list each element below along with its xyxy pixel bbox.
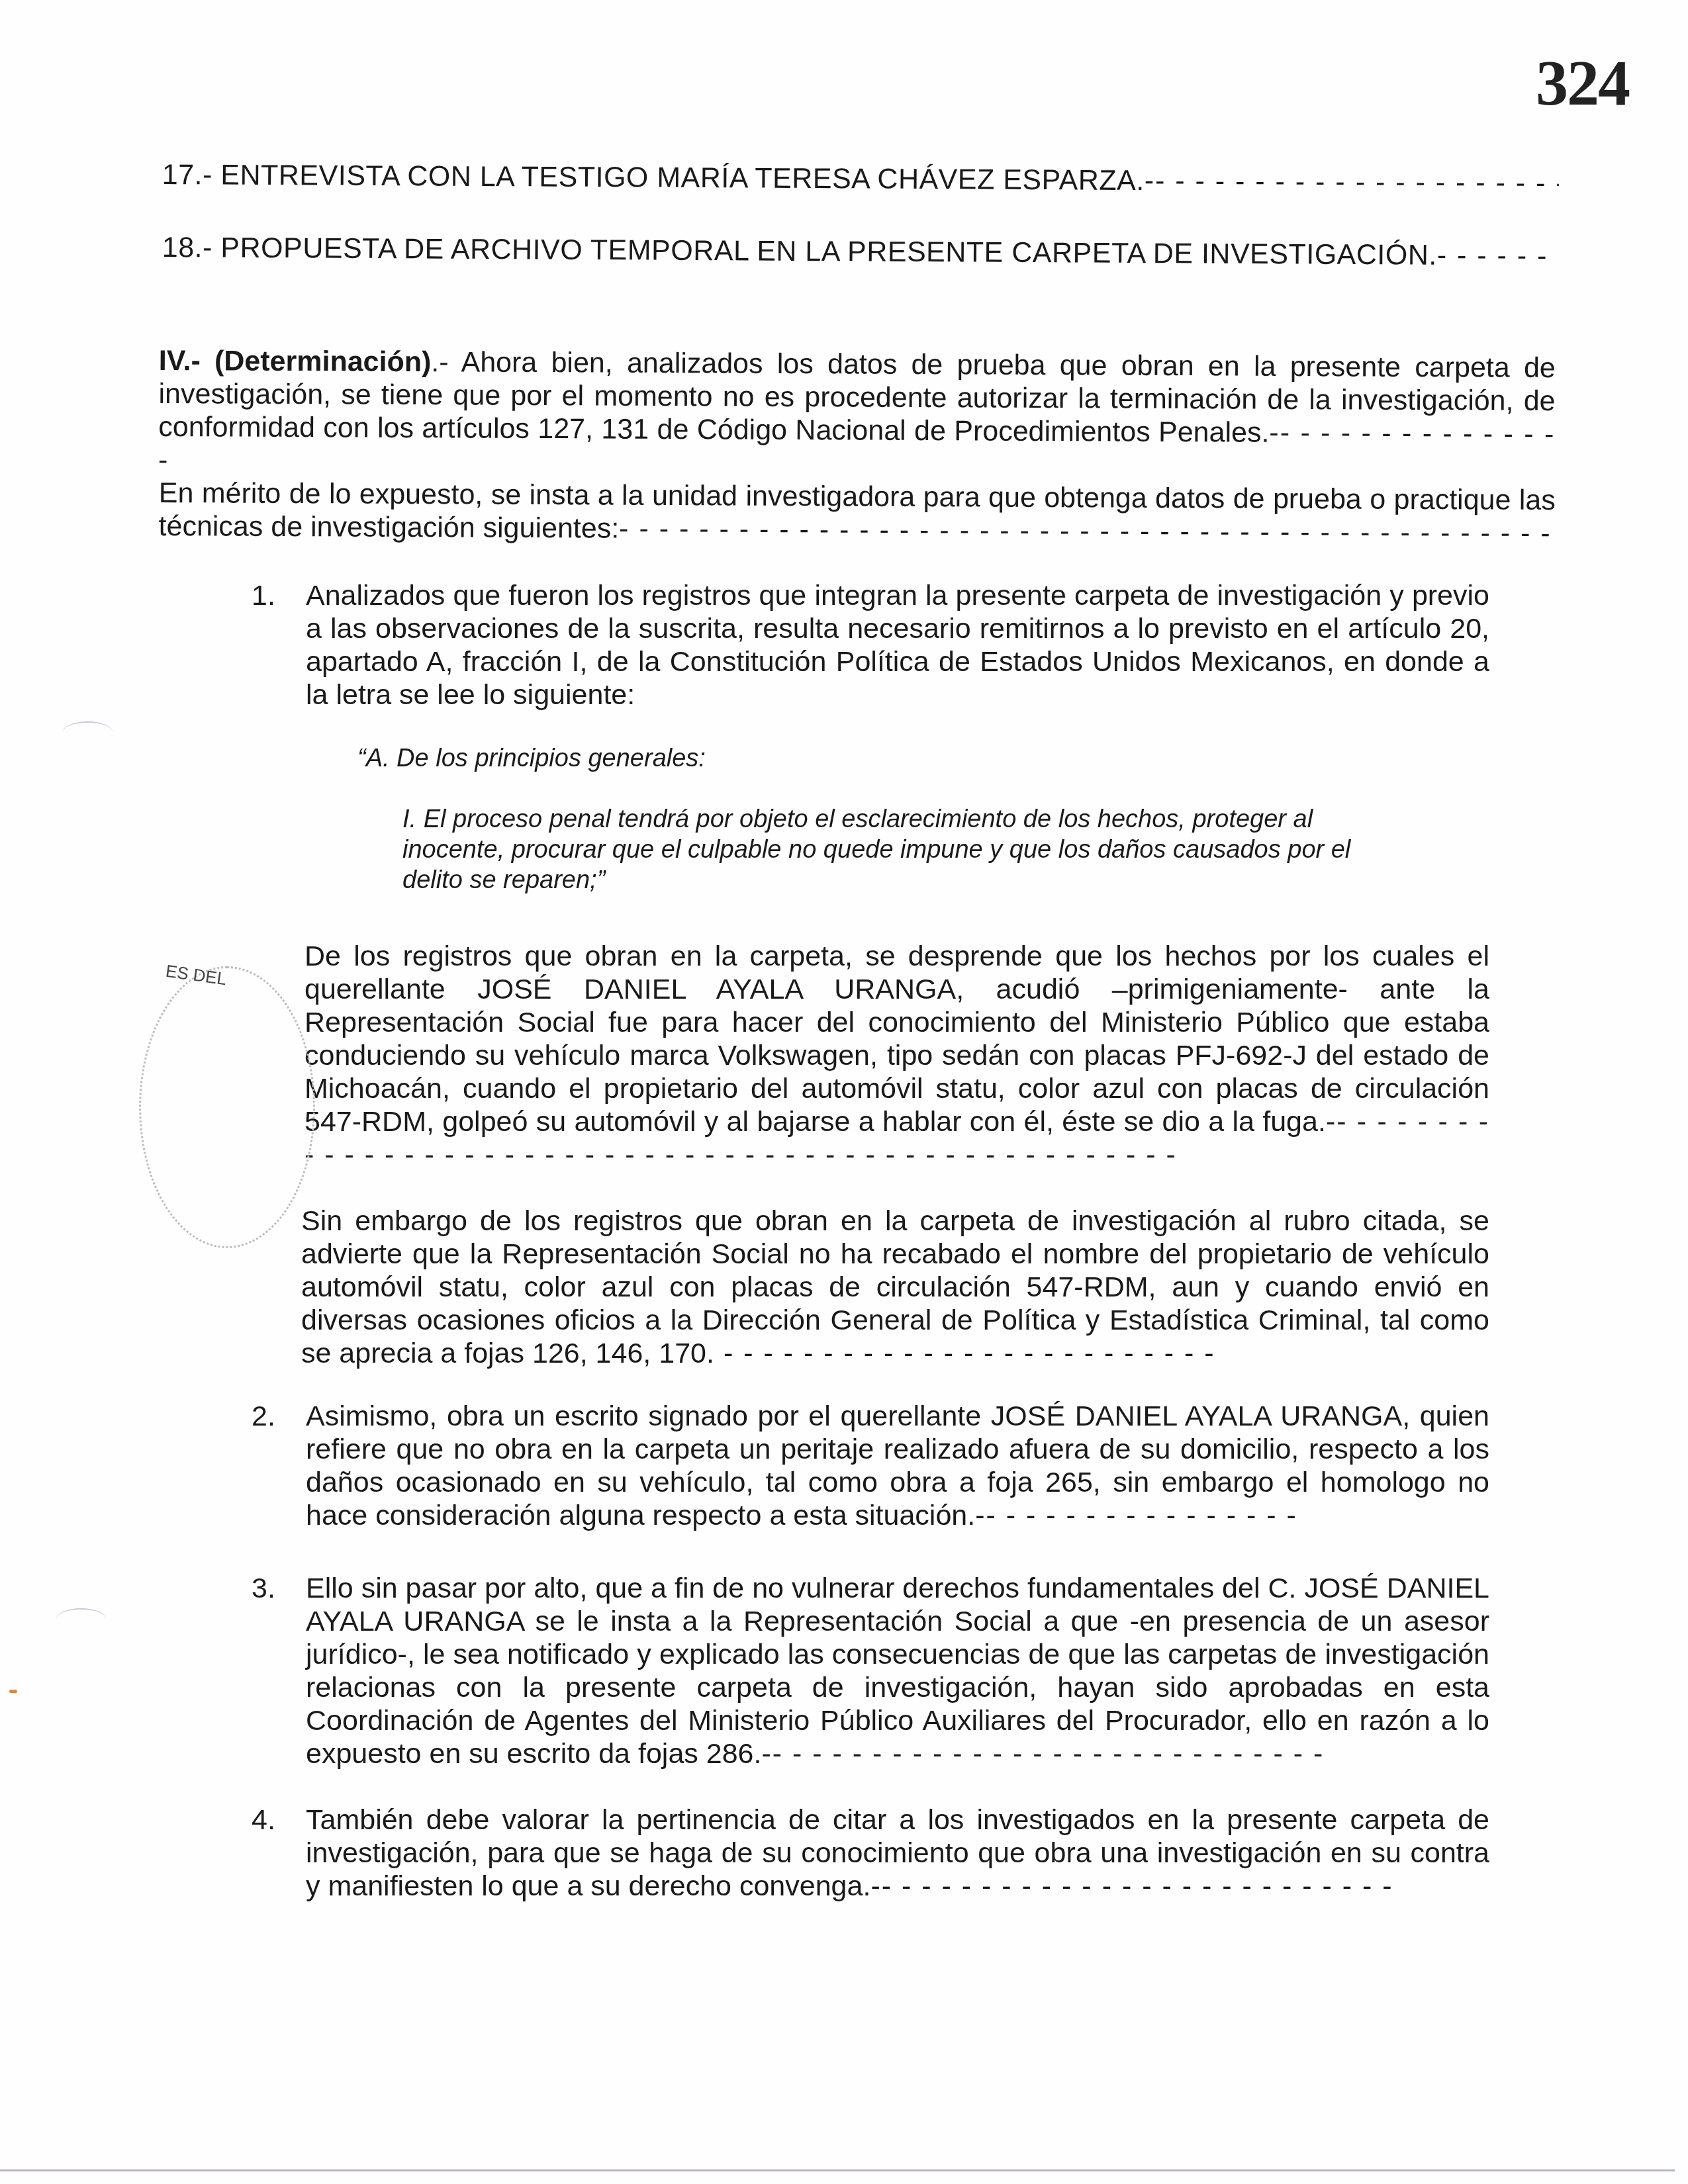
determination-paragraph: IV.- (Determinación).- Ahora bien, anali… — [158, 344, 1556, 484]
dash-filler: -- - - - - - - - - - - - - - - - - - - -… — [1145, 165, 1559, 199]
dash-filler: - - - - - - - - - - - - - - - - - - - - … — [619, 513, 1552, 549]
list-item-4: 4. También debe valorar la pertinencia d… — [252, 1803, 1489, 1909]
dash-filler: - - - - - - — [1437, 240, 1548, 272]
dash-filler: -- - - - - - - - - - - - - - - - - - - -… — [870, 1870, 1393, 1902]
list-text: Asimismo, obra un escrito signado por el… — [306, 1400, 1489, 1532]
quote-title: “A. De los principios generales: — [357, 745, 706, 773]
stamp-text: ES DEL — [164, 961, 228, 990]
scan-artifact-dot — [9, 1690, 17, 1693]
item-1-paragraph-sin-embargo: Sin embargo de los registros que obran e… — [301, 1205, 1489, 1370]
list-text-content: Asimismo, obra un escrito signado por el… — [306, 1400, 1489, 1531]
scan-artifact — [63, 721, 113, 743]
list-number: 2. — [252, 1400, 275, 1433]
heading-item-17: 17.- ENTREVISTA CON LA TESTIGO MARÍA TER… — [162, 159, 1559, 200]
page-number: 324 — [1536, 46, 1629, 120]
scan-artifact — [56, 1608, 106, 1629]
dash-filler: -- - - - - - - - - - - - - - - - - - - -… — [761, 1738, 1324, 1770]
list-item-2: 2. Asimismo, obra un escrito signado por… — [252, 1400, 1489, 1532]
section-label: IV.- (Determinación) — [159, 345, 432, 378]
scan-edge-line — [0, 2169, 1675, 2171]
paragraph-text: De los registros que obran en la carpeta… — [305, 940, 1489, 1138]
list-text: Ello sin pasar por alto, que a fin de no… — [306, 1572, 1489, 1770]
quote-body: I. El proceso penal tendrá por objeto el… — [402, 804, 1402, 895]
document-page: 324 17.- ENTREVISTA CON LA TESTIGO MARÍA… — [0, 0, 1688, 2184]
merito-paragraph: En mérito de lo expuesto, se insta a la … — [158, 477, 1555, 550]
list-number: 4. — [252, 1803, 275, 1837]
list-number: 1. — [252, 579, 275, 612]
list-number: 3. — [252, 1572, 275, 1605]
list-text: También debe valorar la pertinencia de c… — [306, 1803, 1489, 1903]
list-item-1: 1. Analizados que fueron los registros q… — [252, 579, 1489, 711]
item-1-paragraph-facts: De los registros que obran en la carpeta… — [305, 940, 1489, 1171]
quote-text: I. El proceso penal tendrá por objeto el… — [402, 805, 1350, 894]
list-item-3: 3. Ello sin pasar por alto, que a fin de… — [252, 1572, 1489, 1770]
heading-item-18: 18.- PROPUESTA DE ARCHIVO TEMPORAL EN LA… — [162, 232, 1559, 273]
heading-text: 17.- ENTREVISTA CON LA TESTIGO MARÍA TER… — [162, 159, 1145, 197]
heading-text: 18.- PROPUESTA DE ARCHIVO TEMPORAL EN LA… — [162, 232, 1437, 271]
dash-filler: - - - - - - - - - - - - - - - - - - - - … — [714, 1338, 1215, 1369]
dash-filler: -- - - - - - - - - - - - - - - - — [975, 1500, 1297, 1531]
list-text: Analizados que fueron los registros que … — [306, 579, 1489, 711]
stamp-outline — [139, 966, 315, 1248]
official-stamp: ES DEL — [165, 953, 298, 1271]
